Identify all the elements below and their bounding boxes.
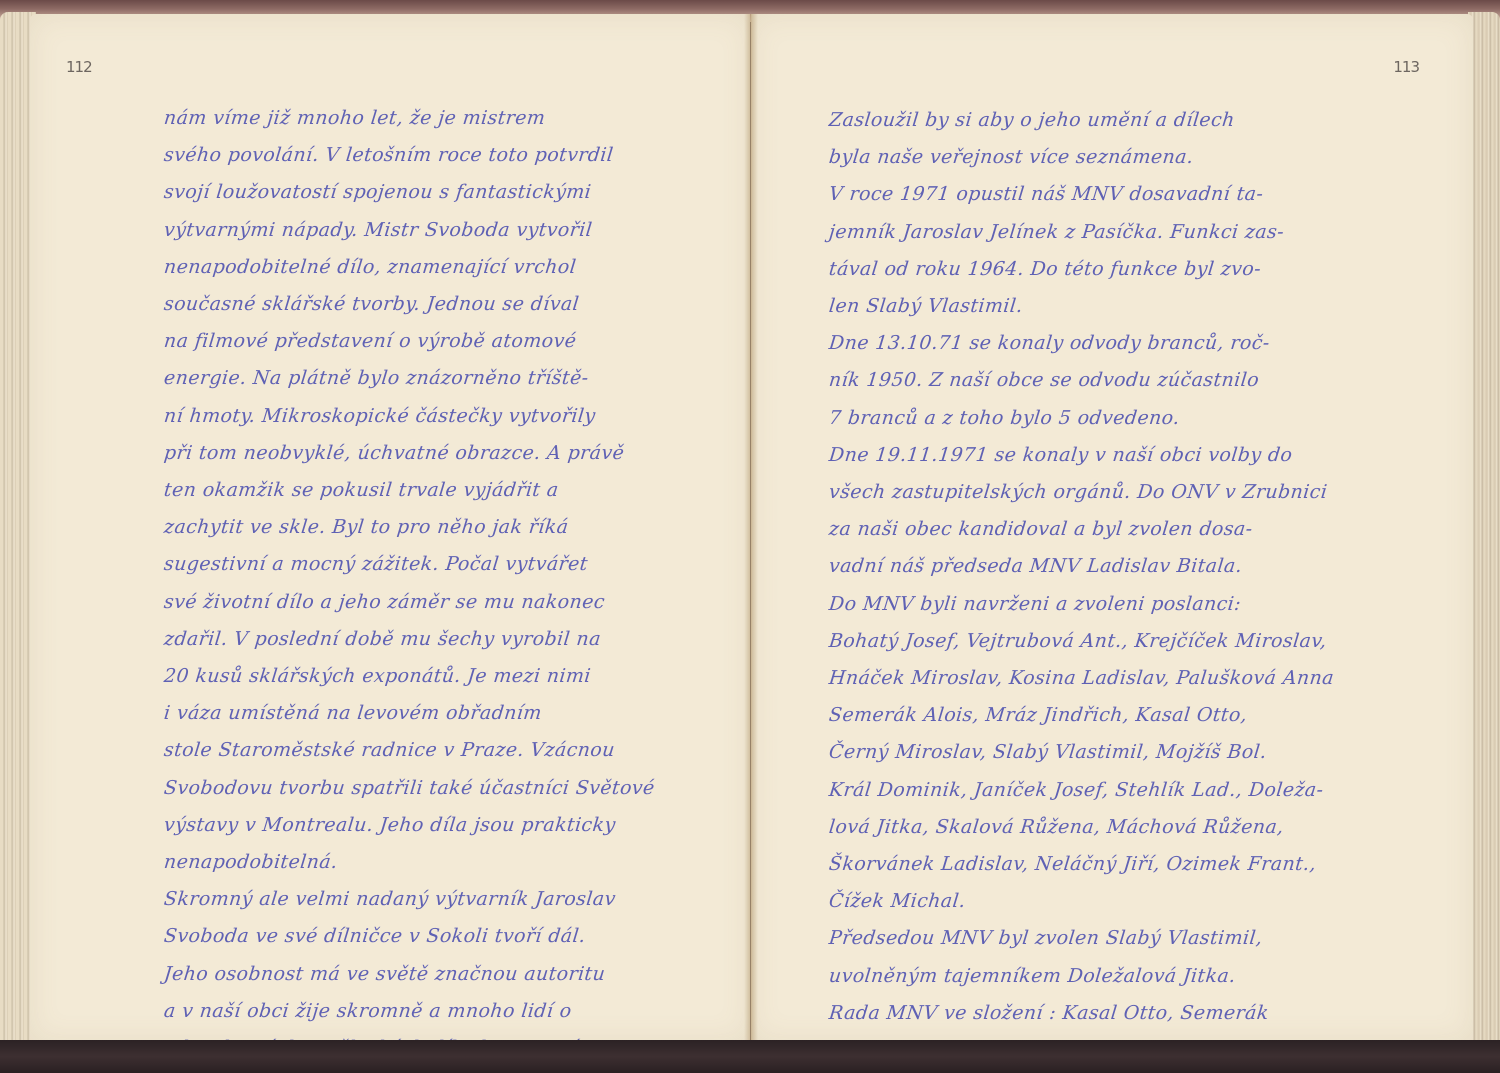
handwritten-line: Semerák Alois, Mráz Jindřich, Kasal Otto… [827,697,1411,734]
handwritten-line: a v naší obci žije skromně a mnoho lidí … [162,993,726,1030]
handwritten-line: jemník Jaroslav Jelínek z Pasíčka. Funkc… [827,214,1411,251]
handwritten-line: tával od roku 1964. Do této funkce byl z… [827,251,1411,288]
handwritten-line: nenapodobitelná. [162,844,726,881]
book-gutter [744,14,758,1042]
handwritten-line: výtvarnými nápady. Mistr Svoboda vytvoři… [162,212,726,249]
handwritten-line: Svoboda ve své dílničce v Sokoli tvoří d… [162,918,726,955]
handwritten-line: 20 kusů sklářských exponátů. Je mezi nim… [162,658,726,695]
book-bottom-edge [0,1040,1500,1073]
handwritten-line: Do MNV byli navrženi a zvoleni poslanci: [827,586,1411,623]
handwritten-line: všech zastupitelských orgánů. Do ONV v Z… [827,474,1411,511]
handwritten-line: zachytit ve skle. Byl to pro něho jak ří… [162,509,726,546]
handwritten-line: na filmové představení o výrobě atomové [162,323,726,360]
handwritten-line: při tom neobvyklé, úchvatné obrazce. A p… [162,435,726,472]
handwritten-line: ní hmoty. Mikroskopické částečky vytvoři… [162,398,726,435]
handwritten-line: energie. Na plátně bylo znázorněno tříšt… [162,360,726,397]
handwritten-line: ten okamžik se pokusil trvale vyjádřit a [162,472,726,509]
page-number-right: 113 [1393,58,1419,76]
handwritten-line: své životní dílo a jeho záměr se mu nako… [162,584,726,621]
handwritten-line: nenapodobitelné dílo, znamenající vrchol [162,249,726,286]
right-page: 113 Zasloužil by si aby o jeho umění a d… [751,14,1473,1042]
handwritten-line: Skromný ale velmi nadaný výtvarník Jaros… [162,881,726,918]
handwritten-line: sugestivní a mocný zážitek. Počal vytvář… [162,546,726,583]
handwritten-line: i váza umístěná na levovém obřadním [162,695,726,732]
handwritten-line: výstavy v Montrealu. Jeho díla jsou prak… [162,807,726,844]
handwritten-line: svojí loužovatostí spojenou s fantastick… [162,174,726,211]
handwritten-line: Čížek Michal. [827,883,1411,920]
handwritten-line: ník 1950. Z naší obce se odvodu zúčastni… [827,362,1411,399]
handwritten-line: svého povolání. V letošním roce toto pot… [162,137,726,174]
handwritten-line: zdařil. V poslední době mu šechy vyrobil… [162,621,726,658]
handwritten-line: Jeho osobnost má ve světě značnou autori… [162,956,726,993]
page-number-left: 112 [66,58,92,76]
handwritten-line: Dne 19.11.1971 se konaly v naší obci vol… [827,437,1411,474]
handwritten-line: Král Dominik, Janíček Josef, Stehlík Lad… [827,772,1411,809]
handwritten-line: uvolněným tajemníkem Doležalová Jitka. [827,958,1411,995]
handwritten-line: lová Jitka, Skalová Růžena, Máchová Růže… [827,809,1411,846]
handwritten-line: Zasloužil by si aby o jeho umění a dílec… [827,102,1411,139]
right-page-handwriting: Zasloužil by si aby o jeho umění a dílec… [829,102,1409,1069]
handwritten-line: Svobodovu tvorbu spatřili také účastníci… [162,770,726,807]
handwritten-line: 7 branců a z toho bylo 5 odvedeno. [827,400,1411,437]
handwritten-line: současné sklářské tvorby. Jednou se díva… [162,286,726,323]
handwritten-line: Černý Miroslav, Slabý Vlastimil, Mojžíš … [827,734,1411,771]
handwritten-line: Bohatý Josef, Vejtrubová Ant., Krejčíček… [827,623,1411,660]
handwritten-line: vadní náš předseda MNV Ladislav Bitala. [827,548,1411,585]
handwritten-line: za naši obec kandidoval a byl zvolen dos… [827,511,1411,548]
handwritten-line: nám víme již mnoho let, že je mistrem [162,100,726,137]
handwritten-line: byla naše veřejnost více seznámena. [827,139,1411,176]
handwritten-line: Rada MNV ve složení : Kasal Otto, Semerá… [827,995,1411,1032]
handwritten-line: Hnáček Miroslav, Kosina Ladislav, Palušk… [827,660,1411,697]
handwritten-line: V roce 1971 opustil náš MNV dosavadní ta… [827,176,1411,213]
handwritten-line: stole Staroměstské radnice v Praze. Vzác… [162,732,726,769]
handwritten-line: Dne 13.10.71 se konaly odvody branců, ro… [827,325,1411,362]
left-page: 112 nám víme již mnoho let, že je mistre… [30,14,750,1042]
left-page-handwriting: nám víme již mnoho let, že je mistrem sv… [164,100,724,1067]
handwritten-line: Škorvánek Ladislav, Neláčný Jiří, Ozimek… [827,846,1411,883]
handwritten-line: Předsedou MNV byl zvolen Slabý Vlastimil… [827,920,1411,957]
handwritten-line: len Slabý Vlastimil. [827,288,1411,325]
